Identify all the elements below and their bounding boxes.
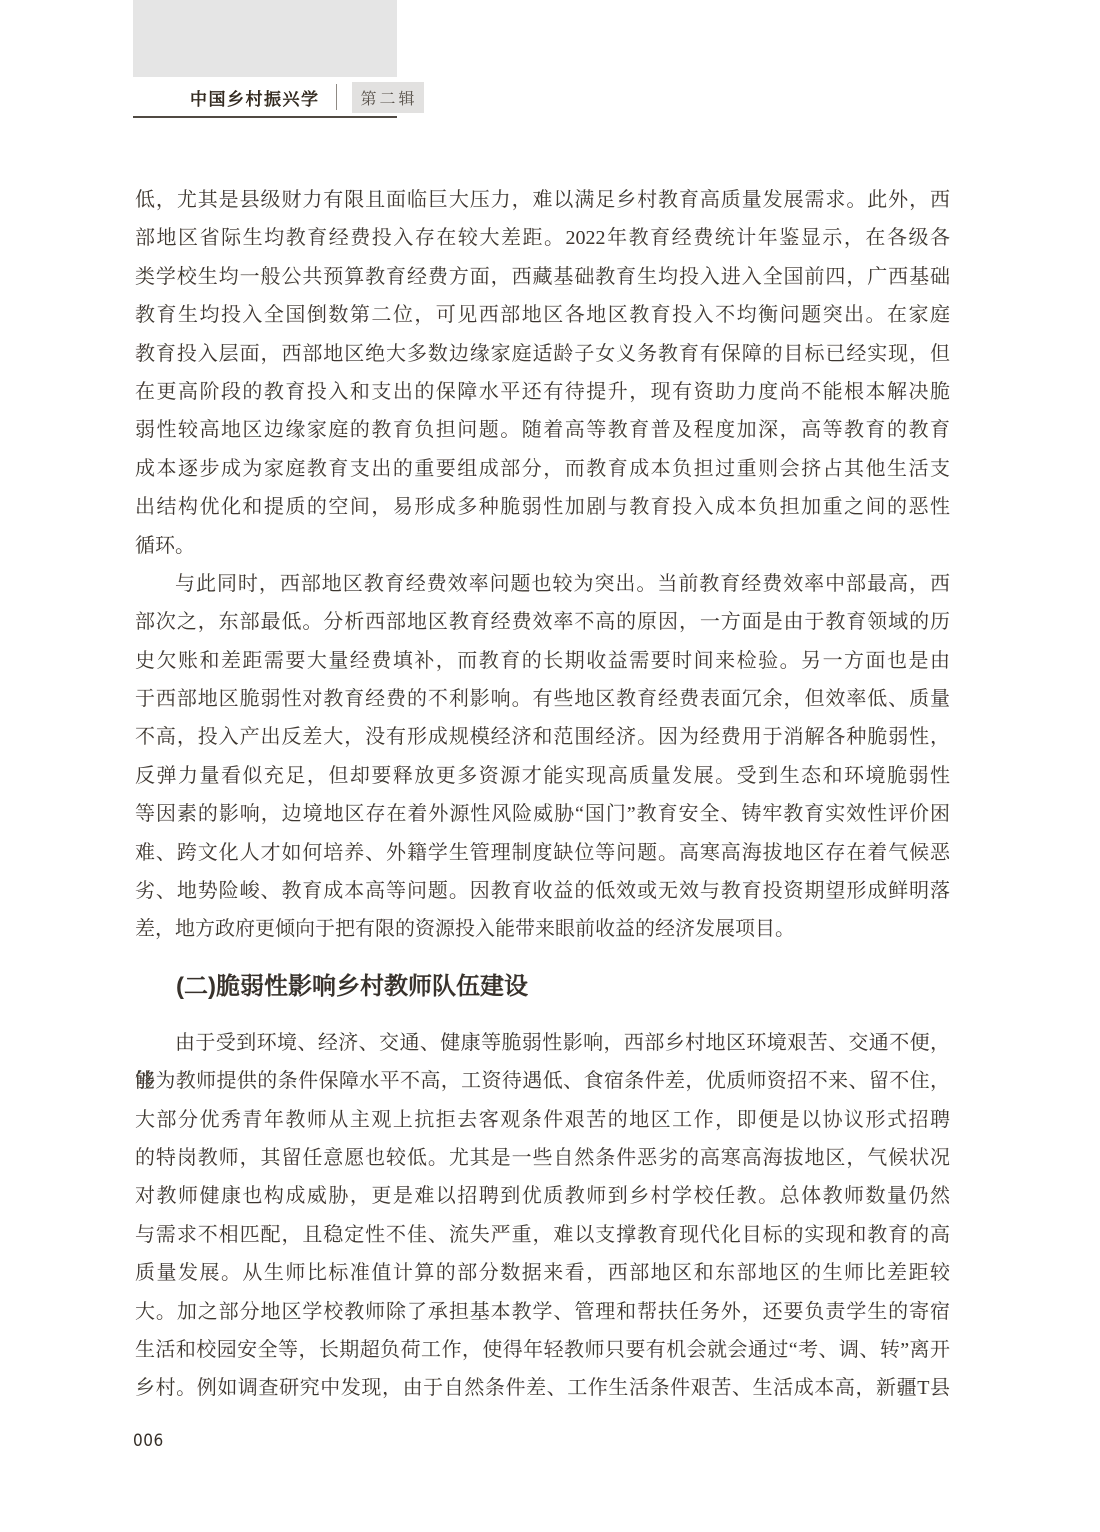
text-line: 教育生均投入全国倒数第二位，可见西部地区各地区教育投入不均衡问题突出。在家庭	[135, 296, 950, 334]
text-line: 乡村。例如调查研究中发现，由于自然条件差、工作生活条件艰苦、生活成本高，新疆T县	[135, 1369, 950, 1407]
text-line: 由于受到环境、经济、交通、健康等脆弱性影响，西部乡村地区环境艰苦、交通不便，能	[135, 1024, 950, 1062]
text-line: 等因素的影响，边境地区存在着外源性风险威胁“国门”教育安全、铸牢教育实效性评价困	[135, 795, 950, 833]
text-line: 大部分优秀青年教师从主观上抗拒去客观条件艰苦的地区工作，即便是以协议形式招聘	[135, 1101, 950, 1139]
text-line: 大。加之部分地区学校教师除了承担基本教学、管理和帮扶任务外，还要负责学生的寄宿	[135, 1293, 950, 1331]
text-line: 类学校生均一般公共预算教育经费方面，西藏基础教育生均投入进入全国前四，广西基础	[135, 258, 950, 296]
text-line: 与需求不相匹配，且稳定性不佳、流失严重，难以支撑教育现代化目标的实现和教育的高	[135, 1216, 950, 1254]
text-line: 劣、地势险峻、教育成本高等问题。因教育收益的低效或无效与教育投资期望形成鲜明落	[135, 872, 950, 910]
page-content: 低，尤其是县级财力有限且面临巨大压力，难以满足乡村教育高质量发展需求。此外，西部…	[135, 181, 950, 1408]
text-line: 与此同时，西部地区教育经费效率问题也较为突出。当前教育经费效率中部最高，西	[135, 565, 950, 603]
book-title: 中国乡村振兴学	[190, 85, 320, 110]
text-line: 教育投入层面，西部地区绝大多数边缘家庭适龄子女义务教育有保障的目标已经实现，但	[135, 335, 950, 373]
paragraph: 低，尤其是县级财力有限且面临巨大压力，难以满足乡村教育高质量发展需求。此外，西部…	[135, 181, 950, 565]
text-line: 质量发展。从生师比标准值计算的部分数据来看，西部地区和东部地区的生师比差距较	[135, 1254, 950, 1292]
text-line: 差，地方政府更倾向于把有限的资源投入能带来眼前收益的经济发展项目。	[135, 910, 950, 948]
text-line: 出结构优化和提质的空间，易形成多种脆弱性加剧与教育投入成本负担加重之间的恶性	[135, 488, 950, 526]
running-header: 中国乡村振兴学 第二辑	[190, 82, 424, 112]
text-line: 在更高阶段的教育投入和支出的保障水平还有待提升，现有资助力度尚不能根本解决脆	[135, 373, 950, 411]
text-line: 对教师健康也构成威胁，更是难以招聘到优质教师到乡村学校任教。总体教师数量仍然	[135, 1177, 950, 1215]
text-line: 部地区省际生均教育经费投入存在较大差距。2022年教育经费统计年鉴显示，在各级各	[135, 219, 950, 257]
section-heading: (二)脆弱性影响乡村教师队伍建设	[135, 968, 950, 1006]
text-line: 成本逐步成为家庭教育支出的重要组成部分，而教育成本负担过重则会挤占其他生活支	[135, 450, 950, 488]
header-deco-box	[133, 0, 397, 77]
volume-badge: 第二辑	[352, 82, 424, 113]
text-line: 不高，投入产出反差大，没有形成规模经济和范围经济。因为经费用于消解各种脆弱性，	[135, 718, 950, 756]
paragraph: 与此同时，西部地区教育经费效率问题也较为突出。当前教育经费效率中部最高，西部次之…	[135, 565, 950, 949]
text-line: 于西部地区脆弱性对教育经费的不利影响。有些地区教育经费表面冗余，但效率低、质量	[135, 680, 950, 718]
text-line: 弱性较高地区边缘家庭的教育负担问题。随着高等教育普及程度加深，高等教育的教育	[135, 411, 950, 449]
text-line: 低，尤其是县级财力有限且面临巨大压力，难以满足乡村教育高质量发展需求。此外，西	[135, 181, 950, 219]
text-line: 史欠账和差距需要大量经费填补，而教育的长期收益需要时间来检验。另一方面也是由	[135, 642, 950, 680]
text-line: 的特岗教师，其留任意愿也较低。尤其是一些自然条件恶劣的高寒高海拔地区，气候状况	[135, 1139, 950, 1177]
book-page: 中国乡村振兴学 第二辑 低，尤其是县级财力有限且面临巨大压力，难以满足乡村教育高…	[0, 0, 1100, 1532]
page-number: 006	[133, 1431, 164, 1451]
text-line: 部次之，东部最低。分析西部地区教育经费效率不高的原因，一方面是由于教育领域的历	[135, 603, 950, 641]
paragraph: 由于受到环境、经济、交通、健康等脆弱性影响，西部乡村地区环境艰苦、交通不便，能够…	[135, 1024, 950, 1408]
text-line: 循环。	[135, 527, 950, 565]
text-line: 难、跨文化人才如何培养、外籍学生管理制度缺位等问题。高寒高海拔地区存在着气候恶	[135, 834, 950, 872]
text-line: 够为教师提供的条件保障水平不高，工资待遇低、食宿条件差，优质师资招不来、留不住，	[135, 1062, 950, 1100]
text-line: 生活和校园安全等，长期超负荷工作，使得年轻教师只要有机会就会通过“考、调、转”离…	[135, 1331, 950, 1369]
header-rule	[133, 116, 397, 118]
header-divider	[336, 84, 337, 110]
text-line: 反弹力量看似充足，但却要释放更多资源才能实现高质量发展。受到生态和环境脆弱性	[135, 757, 950, 795]
